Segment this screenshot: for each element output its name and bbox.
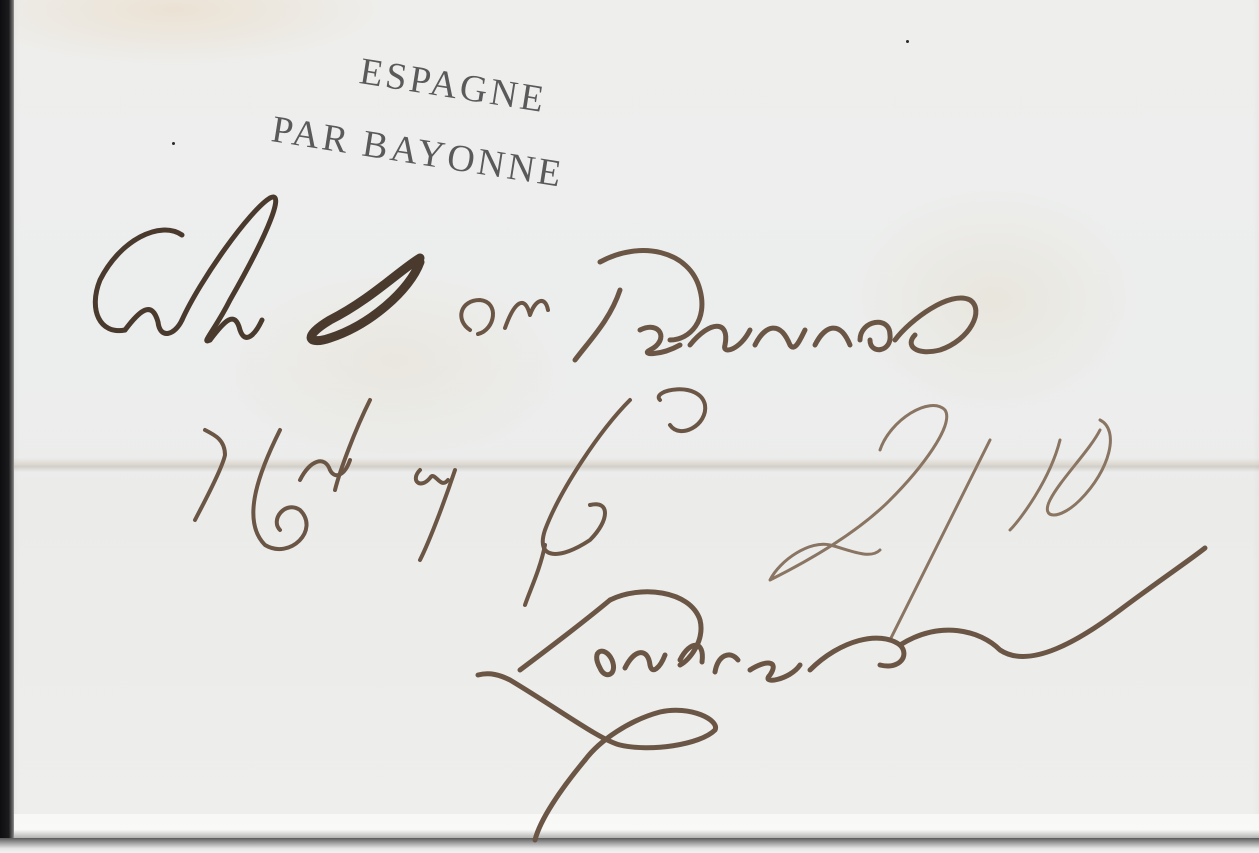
script-federico (575, 251, 976, 360)
script-londres (478, 548, 1205, 840)
script-don-d (311, 258, 420, 341)
rate-marking (770, 406, 1110, 640)
script-on (461, 300, 548, 334)
script-co (525, 389, 705, 605)
script-huth (195, 400, 455, 560)
script-salutation (95, 197, 275, 341)
handwritten-address (0, 0, 1259, 853)
